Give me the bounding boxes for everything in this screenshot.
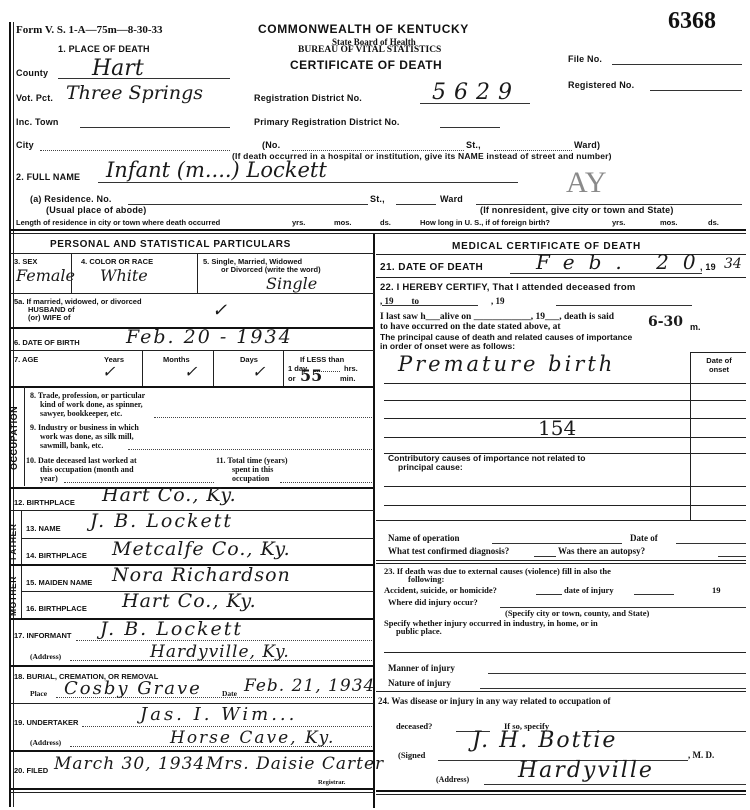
physician-address-underline bbox=[484, 784, 746, 785]
medical-rule-3b bbox=[376, 563, 746, 564]
marital-label-2: or Divorced (write the word) bbox=[221, 265, 321, 274]
occupation-question-1: 24. Was disease or injury in any way rel… bbox=[378, 697, 611, 706]
informant-address-label: (Address) bbox=[30, 652, 61, 661]
residence-label: (a) Residence. No. bbox=[30, 194, 112, 204]
sex-value[interactable]: Female bbox=[16, 266, 75, 285]
vot-pct-label: Vot. Pct. bbox=[16, 93, 53, 103]
occupation-question-2: deceased? bbox=[396, 722, 432, 731]
operation-date-field[interactable] bbox=[676, 543, 746, 544]
length-of-residence-label: Length of residence in city or town wher… bbox=[16, 218, 220, 227]
contributory-line-1[interactable] bbox=[384, 486, 746, 487]
usual-place-note: (Usual place of abode) bbox=[46, 205, 146, 215]
registered-no-label: Registered No. bbox=[568, 80, 634, 90]
operation-label: Name of operation bbox=[388, 534, 460, 543]
total-time-field[interactable] bbox=[280, 482, 372, 483]
primary-registration-field[interactable] bbox=[440, 127, 500, 128]
father-birthplace-value[interactable]: Metcalfe Co., Ky. bbox=[112, 538, 291, 560]
burial-date-value[interactable]: Feb. 21, 1934 bbox=[244, 676, 375, 696]
days-value[interactable]: ✓ bbox=[252, 362, 265, 381]
occupation-q11-2: spent in this bbox=[232, 465, 273, 474]
age-label: 7. AGE bbox=[14, 355, 38, 364]
injury-date-field[interactable] bbox=[634, 594, 674, 595]
occupation-q10-1: 10. Date deceased last worked at bbox=[26, 456, 137, 465]
inc-town-label: Inc. Town bbox=[16, 117, 59, 127]
inc-town-field[interactable] bbox=[80, 127, 230, 128]
date-of-death-value[interactable]: Feb. 20 bbox=[536, 250, 710, 274]
test-field[interactable] bbox=[534, 556, 556, 557]
onset-column-divider bbox=[690, 352, 691, 520]
bottom-rule-right bbox=[376, 790, 746, 792]
personal-heading-rule bbox=[10, 253, 374, 254]
burial-place-label: Place bbox=[30, 689, 47, 698]
md-label: , M. D. bbox=[688, 751, 714, 760]
filed-value[interactable]: March 30, 1934 bbox=[54, 754, 205, 774]
county-underline bbox=[58, 78, 230, 79]
occupation-side-divider bbox=[24, 386, 25, 486]
burial-date-label: Date bbox=[222, 689, 237, 698]
vot-pct-value[interactable]: Three Springs bbox=[66, 82, 203, 104]
undertaker-dots bbox=[82, 726, 372, 727]
informant-dots bbox=[76, 640, 372, 641]
race-marital-divider bbox=[197, 253, 198, 293]
undertaker-label: 19. UNDERTAKER bbox=[14, 718, 78, 727]
length-yrs: yrs. bbox=[292, 218, 305, 227]
certificate-title: CERTIFICATE OF DEATH bbox=[290, 58, 442, 72]
file-no-field[interactable] bbox=[612, 64, 742, 65]
industry-field[interactable] bbox=[128, 449, 372, 450]
or-label: or bbox=[288, 374, 296, 383]
father-name-label: 13. NAME bbox=[26, 524, 61, 533]
undertaker-address-label: (Address) bbox=[30, 738, 61, 747]
registrar-label: Registrar. bbox=[318, 778, 345, 787]
full-name-label: 2. FULL NAME bbox=[16, 172, 80, 182]
occupation-q8-1: 8. Trade, profession, or particular bbox=[30, 391, 145, 400]
attended-from-field[interactable] bbox=[382, 305, 478, 306]
registration-district-value[interactable]: 5629 bbox=[432, 80, 520, 105]
bureau-name: BUREAU OF VITAL STATISTICS bbox=[298, 46, 441, 55]
spouse-value[interactable]: ✓ bbox=[212, 300, 227, 321]
marital-value[interactable]: Single bbox=[266, 274, 317, 293]
manner-label: Manner of injury bbox=[388, 664, 455, 673]
occupation-q9-2: work was done, as silk mill, bbox=[40, 432, 134, 441]
min-label: min. bbox=[340, 374, 355, 383]
medical-rule-1 bbox=[376, 277, 746, 278]
race-value[interactable]: White bbox=[100, 266, 148, 285]
occupation-q11-3: occupation bbox=[232, 474, 269, 483]
occupation-q10-3: year) bbox=[40, 474, 58, 483]
race-label: 4. COLOR OR RACE bbox=[81, 257, 153, 266]
occupation-q11-1: 11. Total time (years) bbox=[216, 456, 288, 465]
nonresident-note: (If nonresident, give city or town and S… bbox=[480, 205, 674, 215]
burial-place-value[interactable]: Cosby Grave bbox=[64, 678, 202, 699]
primary-registration-label: Primary Registration District No. bbox=[254, 117, 400, 127]
certify-label: 22. I HEREBY CERTIFY, That I attended de… bbox=[380, 282, 636, 293]
file-no-label: File No. bbox=[568, 54, 602, 64]
stamp-number: 6368 bbox=[668, 8, 716, 35]
occupation-q9-3: sawmill, bank, etc. bbox=[40, 441, 103, 450]
residence-ward-label: Ward bbox=[440, 194, 463, 204]
dob-label: 6. DATE OF BIRTH bbox=[14, 338, 80, 347]
occurred-line: to have occurred on the date stated abov… bbox=[380, 323, 561, 332]
physician-address-value[interactable]: Hardyville bbox=[518, 758, 654, 783]
mother-maiden-value[interactable]: Nora Richardson bbox=[112, 564, 291, 586]
onset-header-rule bbox=[690, 352, 746, 353]
row-rule-11 bbox=[10, 665, 374, 667]
county-label: County bbox=[16, 68, 48, 78]
birthplace-value[interactable]: Hart Co., Ky. bbox=[102, 484, 237, 506]
date-of-onset-label: Date of onset bbox=[696, 356, 742, 374]
occupation-q8-2: kind of work done, as spinner, bbox=[40, 400, 143, 409]
place-of-death-label: 1. PLACE OF DEATH bbox=[58, 44, 150, 54]
dob-value[interactable]: Feb. 20 - 1934 bbox=[126, 326, 293, 348]
cause-line-4 bbox=[384, 437, 746, 438]
external-label-2: following: bbox=[408, 575, 444, 584]
occupation-q8-3: sawyer, bookkeeper, etc. bbox=[40, 409, 122, 418]
injury-year-label: 19 bbox=[712, 586, 721, 595]
form-id: Form V. S. 1-A—75m—8-30-33 bbox=[16, 24, 163, 36]
city-field[interactable] bbox=[40, 150, 230, 151]
operation-date-label: Date of bbox=[630, 534, 658, 543]
informant-label: 17. INFORMANT bbox=[14, 631, 72, 640]
father-side-label: FATHER bbox=[8, 524, 18, 560]
where-label: Where did injury occur? bbox=[388, 598, 478, 607]
medical-rule-3 bbox=[376, 560, 746, 561]
contributory-line-2[interactable] bbox=[384, 505, 746, 506]
bottom-rule-left-inner bbox=[10, 792, 374, 793]
accident-field[interactable] bbox=[536, 594, 562, 595]
age-divider-3 bbox=[283, 350, 284, 386]
ward-label: Ward) bbox=[574, 140, 600, 150]
time-of-death-value[interactable]: 6-30 bbox=[648, 314, 683, 330]
full-name-value[interactable]: Infant (m....) Lockett bbox=[106, 158, 327, 182]
undertaker-address-value[interactable]: Horse Cave, Ky. bbox=[170, 728, 335, 748]
time-suffix: m. bbox=[690, 323, 701, 332]
last-worked-field[interactable] bbox=[64, 482, 214, 483]
father-name-value[interactable]: J. B. Lockett bbox=[90, 510, 233, 532]
bottom-rule-right-inner bbox=[376, 794, 746, 795]
occupation-q9-1: 9. Industry or business in which bbox=[30, 423, 139, 432]
cause-of-death-value[interactable]: Premature birth bbox=[398, 352, 615, 376]
length-ds: ds. bbox=[380, 218, 391, 227]
residence-st-field[interactable] bbox=[396, 204, 436, 205]
less-than-label: If LESS than bbox=[300, 355, 344, 364]
residence-no-field[interactable] bbox=[128, 204, 368, 205]
contributory-label-2: principal cause: bbox=[398, 463, 463, 472]
years-value[interactable]: ✓ bbox=[102, 362, 115, 381]
death-year-prefix: , 19 bbox=[700, 262, 716, 272]
birthplace-label: 12. BIRTHPLACE bbox=[14, 498, 75, 507]
nature-field[interactable] bbox=[480, 688, 746, 689]
st-label: St., bbox=[466, 140, 481, 150]
principal-line-2: in order of onset were as follows: bbox=[380, 342, 515, 351]
registered-no-field[interactable] bbox=[650, 90, 742, 91]
occupation-side-label: OCCUPATION bbox=[9, 406, 19, 470]
mother-birthplace-label: 16. BIRTHPLACE bbox=[26, 604, 87, 613]
manner-field[interactable] bbox=[488, 673, 746, 674]
informant-address-value[interactable]: Hardyville, Ky. bbox=[150, 642, 290, 662]
row-rule-1 bbox=[10, 293, 374, 294]
no-label: (No. bbox=[262, 140, 280, 150]
bottom-rule-left bbox=[10, 788, 374, 790]
specify-label-2: public place. bbox=[396, 627, 442, 636]
operation-field[interactable] bbox=[492, 543, 622, 544]
foreign-ds: ds. bbox=[708, 218, 719, 227]
age-divider-1 bbox=[142, 350, 143, 386]
medical-rule-2 bbox=[376, 520, 746, 521]
center-divider bbox=[373, 234, 375, 808]
trade-field[interactable] bbox=[154, 417, 372, 418]
specify-field[interactable] bbox=[384, 652, 746, 653]
row-rule-4 bbox=[10, 386, 374, 388]
full-name-underline bbox=[98, 182, 518, 183]
medical-rule-4 bbox=[376, 691, 746, 692]
undertaker-value[interactable]: Jas. I. Wim... bbox=[140, 704, 297, 725]
mother-maiden-label: 15. MAIDEN NAME bbox=[26, 578, 92, 587]
attended-to-field[interactable] bbox=[556, 305, 692, 306]
injury-date-label: date of injury bbox=[564, 586, 614, 595]
mother-side-label: MOTHER bbox=[8, 576, 18, 616]
county-value[interactable]: Hart bbox=[92, 56, 144, 81]
physician-address-label: (Address) bbox=[436, 775, 469, 784]
father-birthplace-label: 14. BIRTHPLACE bbox=[26, 551, 87, 560]
city-label: City bbox=[16, 140, 34, 150]
autopsy-label: Was there an autopsy? bbox=[558, 547, 645, 556]
accident-label: Accident, suicide, or homicide? bbox=[384, 586, 497, 595]
personal-heading: PERSONAL AND STATISTICAL PARTICULARS bbox=[50, 239, 291, 250]
signed-label: (Signed bbox=[398, 751, 425, 760]
nature-label: Nature of injury bbox=[388, 679, 451, 688]
months-value[interactable]: ✓ bbox=[184, 362, 197, 381]
foreign-yrs: yrs. bbox=[612, 218, 625, 227]
sex-race-divider bbox=[71, 253, 72, 293]
mother-birthplace-value[interactable]: Hart Co., Ky. bbox=[122, 590, 257, 612]
occupation-q10-2: this occupation (month and bbox=[40, 465, 134, 474]
test-label: What test confirmed diagnosis? bbox=[388, 547, 509, 556]
ay-stamp: AY bbox=[566, 166, 607, 200]
residence-st-label: St., bbox=[370, 194, 385, 204]
min-value[interactable]: 55 bbox=[300, 366, 322, 385]
death-year-value[interactable]: 34 bbox=[724, 256, 742, 272]
where-note: (Specify city or town, county, and State… bbox=[505, 609, 649, 618]
registration-district-label: Registration District No. bbox=[254, 93, 362, 103]
cause-line-2 bbox=[384, 400, 746, 401]
autopsy-field[interactable] bbox=[718, 556, 746, 557]
state-title: COMMONWEALTH OF KENTUCKY bbox=[258, 22, 469, 36]
spouse-label-3: (or) WIFE of bbox=[28, 313, 71, 322]
sex-label: 3. SEX bbox=[14, 257, 37, 266]
row-rule-13 bbox=[10, 750, 374, 752]
header-divider-inner bbox=[10, 233, 746, 234]
foreign-mos: mos. bbox=[660, 218, 678, 227]
physician-signature[interactable]: J. H. Bottie bbox=[472, 728, 617, 753]
length-mos: mos. bbox=[334, 218, 352, 227]
filed-label: 20. FILED bbox=[14, 766, 48, 775]
header-divider bbox=[10, 229, 746, 231]
age-divider-2 bbox=[213, 350, 214, 386]
row-rule-3 bbox=[10, 350, 374, 351]
hrs-label: hrs. bbox=[344, 364, 358, 373]
foreign-birth-label: How long in U. S., if of foreign birth? bbox=[420, 218, 550, 227]
informant-value[interactable]: J. B. Lockett bbox=[100, 618, 243, 640]
date-of-death-label: 21. DATE OF DEATH bbox=[380, 262, 483, 273]
cause-line-1 bbox=[384, 383, 746, 384]
last-saw-line: I last saw h___alive on ____________, 19… bbox=[380, 313, 614, 322]
registrar-value[interactable]: Mrs. Daisie Carter bbox=[206, 754, 384, 774]
